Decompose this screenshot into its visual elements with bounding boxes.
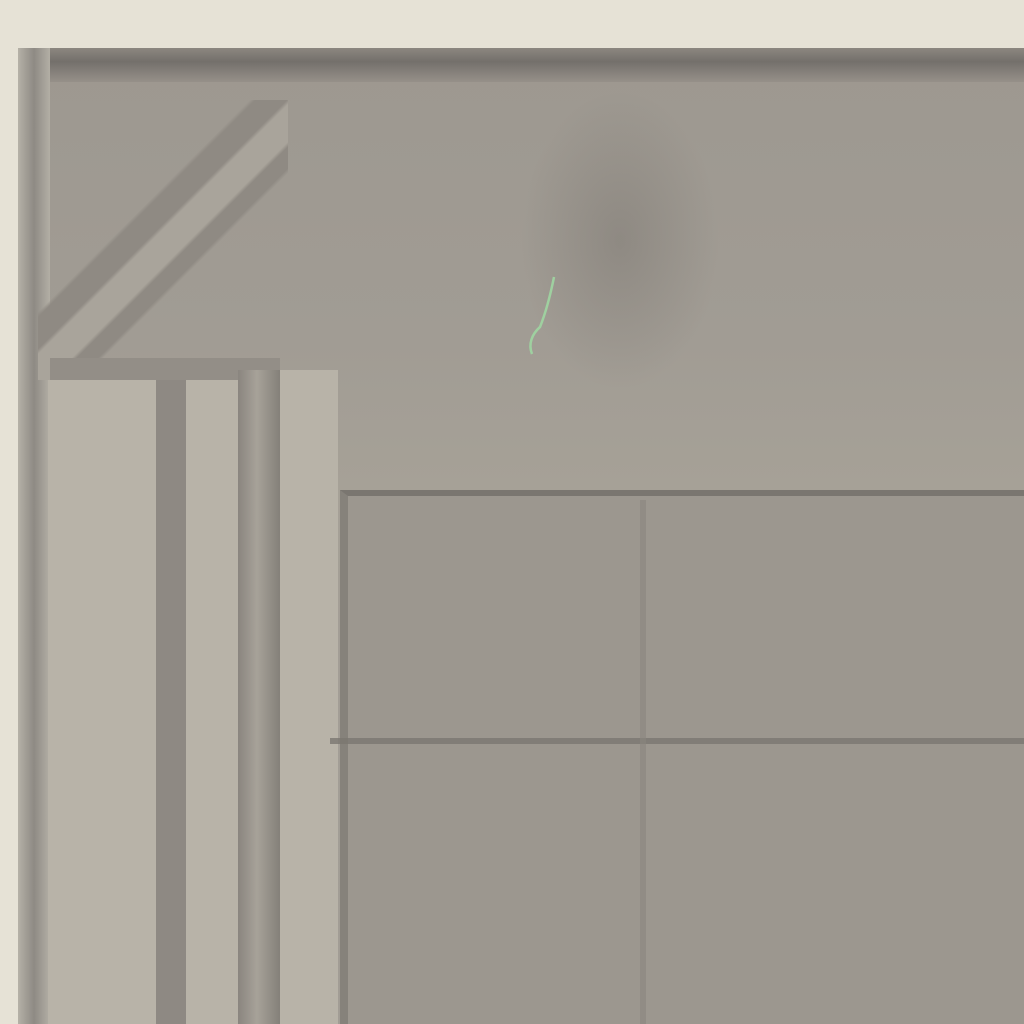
building-wall bbox=[340, 490, 1024, 1024]
vertical-stroke bbox=[640, 500, 646, 1024]
porch-area bbox=[48, 370, 338, 1024]
top-edge-stroke bbox=[18, 48, 1024, 82]
drawing-canvas bbox=[0, 0, 1024, 1024]
porch-post bbox=[238, 370, 280, 1024]
porch-roof bbox=[38, 100, 288, 380]
thread-fiber bbox=[522, 272, 562, 362]
horizontal-stroke bbox=[330, 738, 1024, 744]
porch-post bbox=[156, 380, 186, 1024]
